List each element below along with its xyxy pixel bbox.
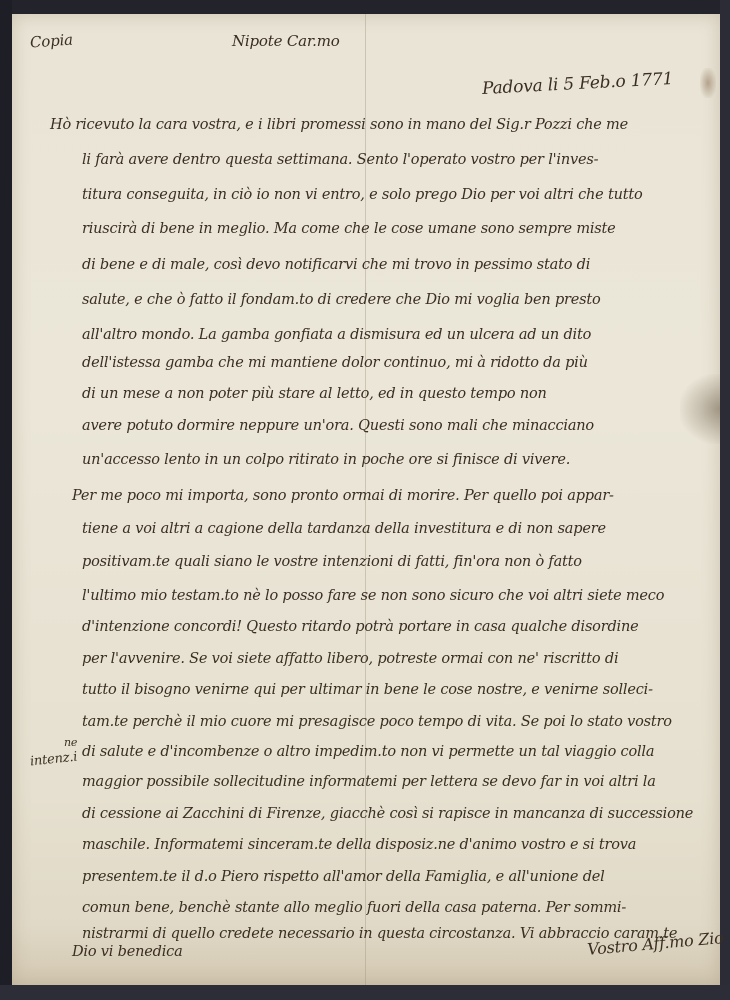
body-line: dell'istessa gamba che mi mantiene dolor… [82,355,588,371]
body-line: all'altro mondo. La gamba gonfiata a dis… [82,327,591,343]
body-line: avere potuto dormire neppure un'ora. Que… [82,418,594,434]
body-line: tutto il bisogno venirne qui per ultimar… [82,682,653,698]
letter-sheet: Copia Nipote Car.mo Padova li 5 Feb.o 17… [12,14,720,985]
date-line: Padova li 5 Feb.o 1771 [482,69,674,99]
body-line: di bene e di male, così devo notificarvi… [82,257,590,273]
body-line: li farà avere dentro questa settimana. S… [82,152,598,168]
body-line: d'intenzione concordi! Questo ritardo po… [82,619,638,635]
margin-note: intenz.i [29,750,78,770]
body-line: presentem.te il d.o Piero rispetto all'a… [82,869,605,885]
body-line: tam.te perchè il mio cuore mi presagisce… [82,714,672,730]
body-line: per l'avvenire. Se voi siete affatto lib… [82,651,618,667]
body-line: di un mese a non poter più stare al lett… [82,386,547,402]
scan-frame-right [720,0,730,1000]
body-line: l'ultimo mio testam.to nè lo posso fare … [82,588,664,604]
body-line: di salute e d'incombenze o altro impedim… [82,744,654,760]
ink-stain [680,374,720,444]
body-line: salute, e che ò fatto il fondam.to di cr… [82,292,601,308]
body-line: di cessione ai Zacchini di Firenze, giac… [82,806,693,822]
body-line: maschile. Informatemi sinceram.te della … [82,837,636,853]
closing: Dio vi benedica [72,944,183,960]
body-line: Hò ricevuto la cara vostra, e i libri pr… [50,117,628,133]
body-line: positivam.te quali siano le vostre inten… [82,554,582,570]
body-line: comun bene, benchè stante allo meglio fu… [82,900,626,916]
scan-frame-left [0,0,12,1000]
edge-stain [700,68,716,98]
scan-frame-top [0,0,730,14]
margin-superscript: ne [64,736,77,749]
salutation: Nipote Car.mo [232,32,340,50]
body-line: maggior possibile sollecitudine informat… [82,774,656,790]
body-line: riuscirà di bene in meglio. Ma come che … [82,221,616,237]
copy-annotation: Copia [29,31,73,52]
body-line: titura conseguita, in ciò io non vi entr… [82,187,643,203]
scan-frame-bottom [0,985,730,1000]
body-line: tiene a voi altri a cagione della tardan… [82,521,606,537]
body-line: un'accesso lento in un colpo ritirato in… [82,452,570,468]
body-line: Per me poco mi importa, sono pronto orma… [72,488,614,504]
